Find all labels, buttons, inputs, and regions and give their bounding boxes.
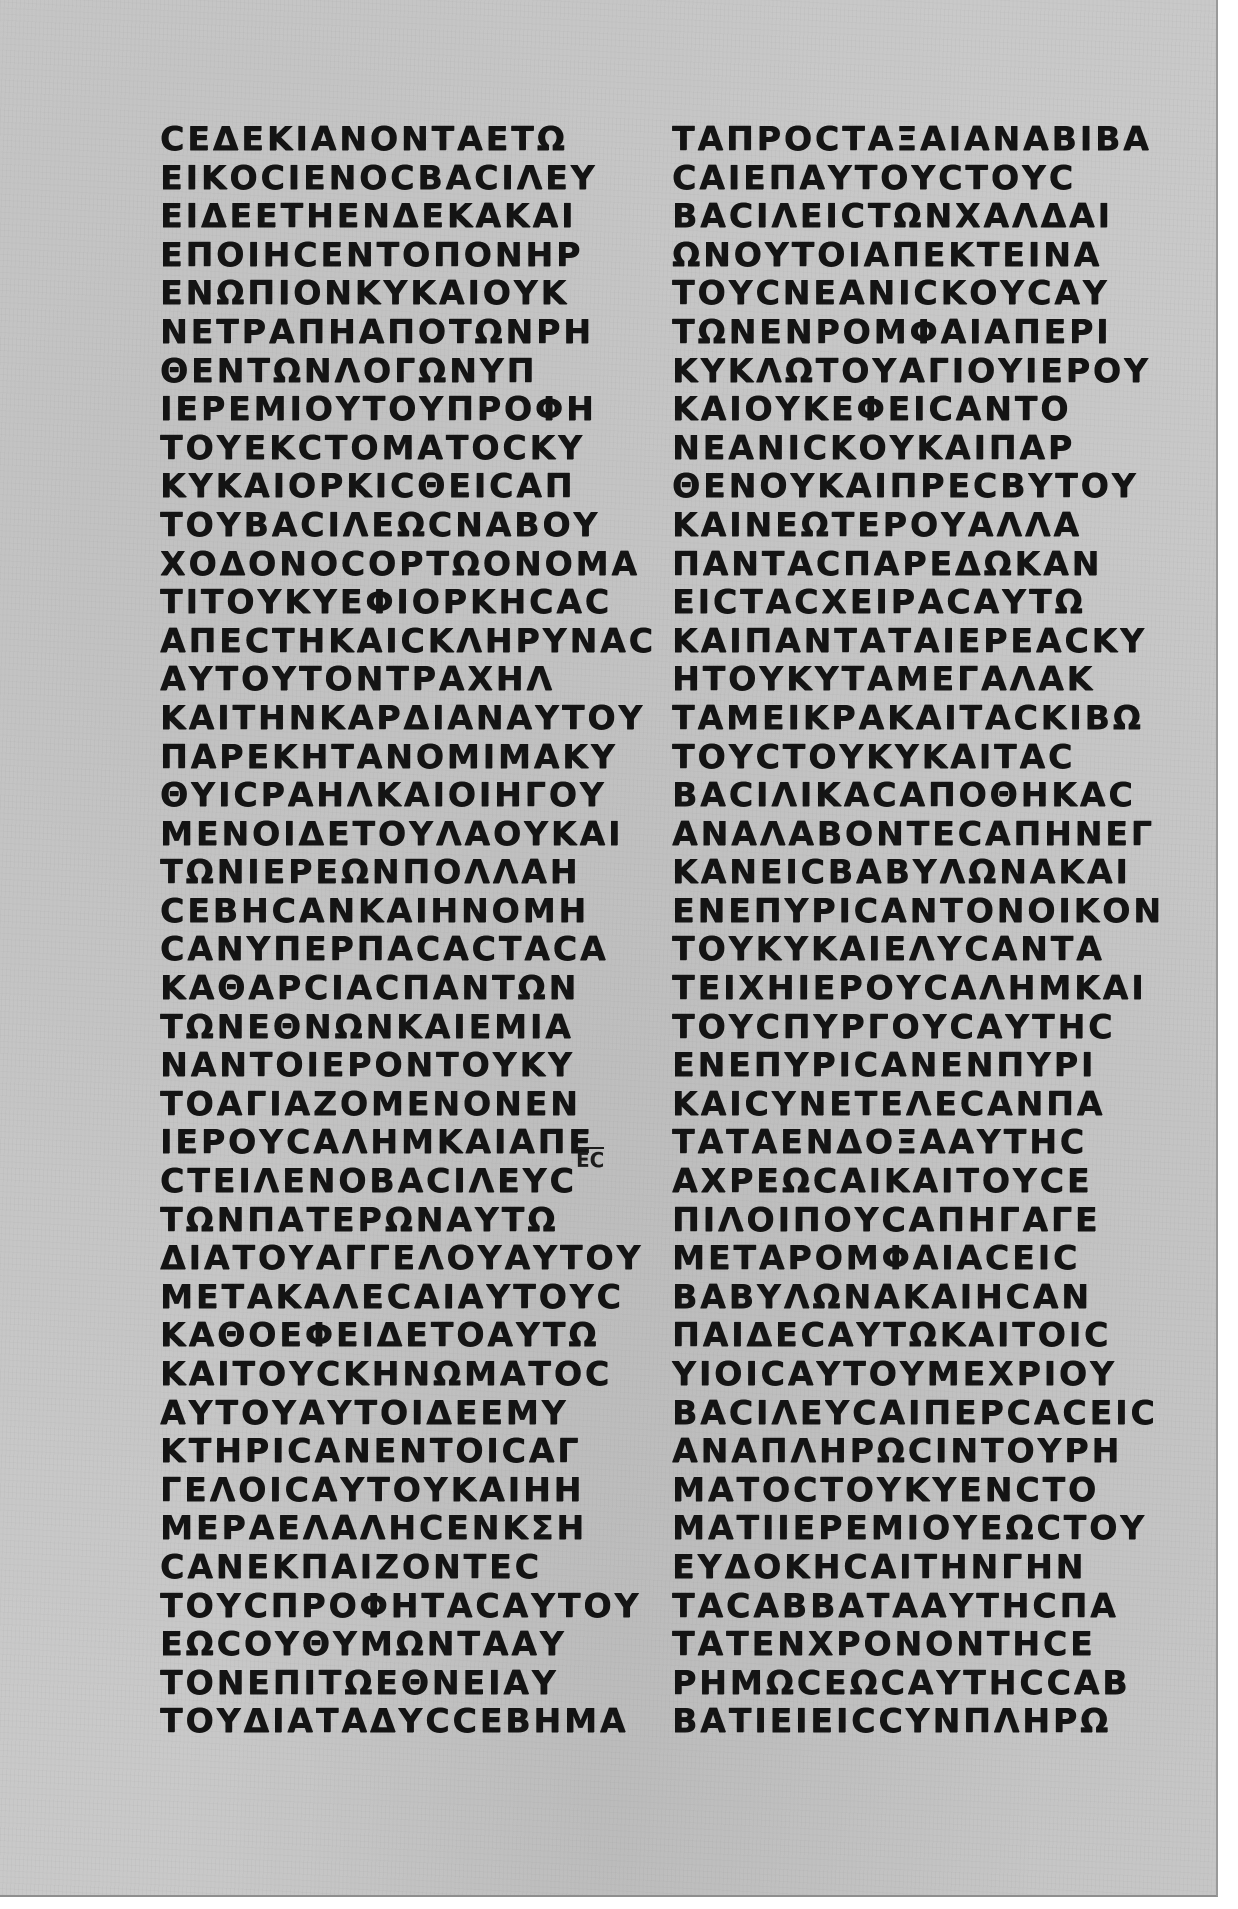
text-line: ΝΕΤΡΑΠΗΑΠΟΤΩΝΡΗ [160,313,580,352]
text-line: ΕΝΕΠΥΡΙϹΑΝΕΝΠΥΡΙ [672,1046,1152,1085]
marginal-note: ΕϹ [576,1147,604,1170]
text-line: ΚΑΝΕΙϹΒΑΒΥΛΩΝΑΚΑΙ [672,853,1152,892]
text-line: ϹΑΙΕΠΑΥΤΟΥϹΤΟΥϹ [672,159,1152,198]
text-line: ΚΑΙΟΥΚΕΦΕΙϹΑΝΤΟ [672,390,1152,429]
text-line: ΤΑΤΕΝΧΡΟΝΟΝΤΗϹΕ [672,1625,1152,1664]
text-line: ΠΙΛΟΙΠΟΥϹΑΠΗΓΑΓΕ [672,1201,1152,1240]
text-line: ΤΟΥΔΙΑΤΑΔΥϹϹΕΒΗΜΑ [160,1702,580,1741]
text-line: ϹΕΒΗϹΑΝΚΑΙΗΝΟΜΗ [160,892,580,931]
text-line: ΔΙΑΤΟΥΑΓΓΕΛΟΥΑΥΤΟΥ [160,1239,580,1278]
text-line: ΤΩΝΠΑΤΕΡΩΝΑΥΤΩ [160,1201,580,1240]
text-line: ΤΑΠΡΟϹΤΑΞΑΙΑΝΑΒΙΒΑ [672,120,1152,159]
text-line: ϹΑΝΕΚΠΑΙΖΟΝΤΕϹ [160,1548,580,1587]
text-line: ΚΑΘΑΡϹΙΑϹΠΑΝΤΩΝ [160,969,580,1008]
text-line: ΕΙΔΕΕΤΗΕΝΔΕΚΑΚΑΙ [160,197,580,236]
text-line: ΤΟΥϹΝΕΑΝΙϹΚΟΥϹΑΥ [672,274,1152,313]
text-line: ΤΕΙΧΗΙΕΡΟΥϹΑΛΗΜΚΑΙ [672,969,1152,1008]
text-line: ΤΩΝΙΕΡΕΩΝΠΟΛΛΑΗ [160,853,580,892]
text-line: ΚΑΙΠΑΝΤΑΤΑΙΕΡΕΑϹΚΥ [672,622,1152,661]
text-line: ΕΝΕΠΥΡΙϹΑΝΤΟΝΟΙΚΟΝ [672,892,1152,931]
text-line: ΑΝΑΠΛΗΡΩϹΙΝΤΟΥΡΗ [672,1432,1152,1471]
left-text-column: ϹΕΔΕΚΙΑΝΟΝΤΑΕΤΩ ΕΙΚΟϹΙΕΝΟϹΒΑϹΙΛΕΥ ΕΙΔΕΕΤ… [160,120,580,1741]
text-line: ΚΥΚΑΙΟΡΚΙϹΘΕΙϹΑΠ [160,467,580,506]
text-line: ΤΟΥΕΚϹΤΟΜΑΤΟϹΚΥ [160,429,580,468]
text-line: ΝΕΑΝΙϹΚΟΥΚΑΙΠΑΡ [672,429,1152,468]
text-line: ΚΑΙϹΥΝΕΤΕΛΕϹΑΝΠΑ [672,1085,1152,1124]
text-line: ΚΥΚΛΩΤΟΥΑΓΙΟΥΙΕΡΟΥ [672,352,1152,391]
text-line: ΤΟΝΕΠΙΤΩΕΘΝΕΙΑΥ [160,1664,580,1703]
text-line: ΧΟΔΟΝΟϹΟΡΤΩΟΝΟΜΑ [160,545,580,584]
text-line: ΤΟΥΒΑϹΙΛΕΩϹΝΑΒΟΥ [160,506,580,545]
text-line: ΚΑΙΤΗΝΚΑΡΔΙΑΝΑΥΤΟΥ [160,699,580,738]
text-line: ΑΠΕϹΤΗΚΑΙϹΚΛΗΡΥΝΑϹ [160,622,580,661]
text-line: ΤΩΝΕΘΝΩΝΚΑΙΕΜΙΑ [160,1008,580,1047]
text-line: ΓΕΛΟΙϹΑΥΤΟΥΚΑΙΗΗ [160,1471,580,1510]
manuscript-page: ϹΕΔΕΚΙΑΝΟΝΤΑΕΤΩ ΕΙΚΟϹΙΕΝΟϹΒΑϹΙΛΕΥ ΕΙΔΕΕΤ… [0,0,1218,1897]
text-line: ΒΑϹΙΛΙΚΑϹΑΠΟΘΗΚΑϹ [672,776,1152,815]
text-line: ϹΕΔΕΚΙΑΝΟΝΤΑΕΤΩ [160,120,580,159]
text-line: ΘΥΙϹΡΑΗΛΚΑΙΟΙΗΓΟΥ [160,776,580,815]
text-line: ΤΟΥΚΥΚΑΙΕΛΥϹΑΝΤΑ [672,930,1152,969]
text-line: ΤΟΑΓΙΑΖΟΜΕΝΟΝΕΝ [160,1085,580,1124]
text-line: ΤΟΥϹΠΡΟΦΗΤΑϹΑΥΤΟΥ [160,1587,580,1626]
text-line: ΤΩΝΕΝΡΟΜΦΑΙΑΠΕΡΙ [672,313,1152,352]
text-line: ΙΕΡΟΥϹΑΛΗΜΚΑΙΑΠΕ [160,1123,580,1162]
text-line: ΜΕΝΟΙΔΕΤΟΥΛΑΟΥΚΑΙ [160,815,580,854]
text-line: ΒΑΤΙΕΙΕΙϹϹΥΝΠΛΗΡΩ [672,1702,1152,1741]
text-line: ΤΑΜΕΙΚΡΑΚΑΙΤΑϹΚΙΒΩ [672,699,1152,738]
text-line: ΕΙΚΟϹΙΕΝΟϹΒΑϹΙΛΕΥ [160,159,580,198]
text-line: ΕΝΩΠΙΟΝΚΥΚΑΙΟΥΚ [160,274,580,313]
text-line: ΡΗΜΩϹΕΩϹΑΥΤΗϹϹΑΒ [672,1664,1152,1703]
text-line: ΚΑΙΝΕΩΤΕΡΟΥΑΛΛΑ [672,506,1152,545]
text-line: ΤΑΤΑΕΝΔΟΞΑΑΥΤΗϹ [672,1123,1152,1162]
text-line: ΤΑϹΑΒΒΑΤΑΑΥΤΗϹΠΑ [672,1587,1152,1626]
text-line: ΑΧΡΕΩϹΑΙΚΑΙΤΟΥϹΕ [672,1162,1152,1201]
text-line: ΑΥΤΟΥΤΟΝΤΡΑΧΗΛ [160,660,580,699]
text-line: ΙΕΡΕΜΙΟΥΤΟΥΠΡΟΦΗ [160,390,580,429]
text-line: ΒΑΒΥΛΩΝΑΚΑΙΗϹΑΝ [672,1278,1152,1317]
text-line: ΝΑΝΤΟΙΕΡΟΝΤΟΥΚΥ [160,1046,580,1085]
text-line: ΠΑΡΕΚΗΤΑΝΟΜΙΜΑΚΥ [160,738,580,777]
text-line: ΚΑΙΤΟΥϹΚΗΝΩΜΑΤΟϹ [160,1355,580,1394]
text-line: ΘΕΝΤΩΝΛΟΓΩΝΥΠ [160,352,580,391]
text-line: ΚΑΘΟΕΦΕΙΔΕΤΟΑΥΤΩ [160,1316,580,1355]
text-line: ΜΕΤΑΚΑΛΕϹΑΙΑΥΤΟΥϹ [160,1278,580,1317]
text-line: ΑΝΑΛΑΒΟΝΤΕϹΑΠΗΝΕΓ [672,815,1152,854]
text-line: ΜΑΤΟϹΤΟΥΚΥΕΝϹΤΟ [672,1471,1152,1510]
text-line: ΜΕΤΑΡΟΜΦΑΙΑϹΕΙϹ [672,1239,1152,1278]
text-line: ϹΤΕΙΛΕΝΟΒΑϹΙΛΕΥϹ [160,1162,580,1201]
text-line: ΕΩϹΟΥΘΥΜΩΝΤΑΑΥ [160,1625,580,1664]
text-line: ΘΕΝΟΥΚΑΙΠΡΕϹΒΥΤΟΥ [672,467,1152,506]
text-line: ΜΕΡΑΕΛΑΛΗϹΕΝΚΣΗ [160,1509,580,1548]
text-line: ΕΙϹΤΑϹΧΕΙΡΑϹΑΥΤΩ [672,583,1152,622]
right-text-column: ΤΑΠΡΟϹΤΑΞΑΙΑΝΑΒΙΒΑ ϹΑΙΕΠΑΥΤΟΥϹΤΟΥϹ ΒΑϹΙΛ… [672,120,1152,1741]
text-line: ΕΥΔΟΚΗϹΑΙΤΗΝΓΗΝ [672,1548,1152,1587]
text-line: ΤΟΥϹΤΟΥΚΥΚΑΙΤΑϹ [672,738,1152,777]
text-line: ΕΠΟΙΗϹΕΝΤΟΠΟΝΗΡ [160,236,580,275]
text-line: ΒΑϹΙΛΕΙϹΤΩΝΧΑΛΔΑΙ [672,197,1152,236]
text-line: ΠΑΙΔΕϹΑΥΤΩΚΑΙΤΟΙϹ [672,1316,1152,1355]
text-line: ΗΤΟΥΚΥΤΑΜΕΓΑΛΑΚ [672,660,1152,699]
text-line: ΚΤΗΡΙϹΑΝΕΝΤΟΙϹΑΓ [160,1432,580,1471]
text-line: ΤΙΤΟΥΚΥΕΦΙΟΡΚΗϹΑϹ [160,583,580,622]
text-line: ΩΝΟΥΤΟΙΑΠΕΚΤΕΙΝΑ [672,236,1152,275]
text-line: ΥΙΟΙϹΑΥΤΟΥΜΕΧΡΙΟΥ [672,1355,1152,1394]
text-line: ΒΑϹΙΛΕΥϹΑΙΠΕΡϹΑϹΕΙϹ [672,1394,1152,1433]
text-line: ΤΟΥϹΠΥΡΓΟΥϹΑΥΤΗϹ [672,1008,1152,1047]
text-line: ϹΑΝΥΠΕΡΠΑϹΑϹΤΑϹΑ [160,930,580,969]
text-line: ΜΑΤΙΙΕΡΕΜΙΟΥΕΩϹΤΟΥ [672,1509,1152,1548]
text-line: ΑΥΤΟΥΑΥΤΟΙΔΕΕΜΥ [160,1394,580,1433]
text-line: ΠΑΝΤΑϹΠΑΡΕΔΩΚΑΝ [672,545,1152,584]
